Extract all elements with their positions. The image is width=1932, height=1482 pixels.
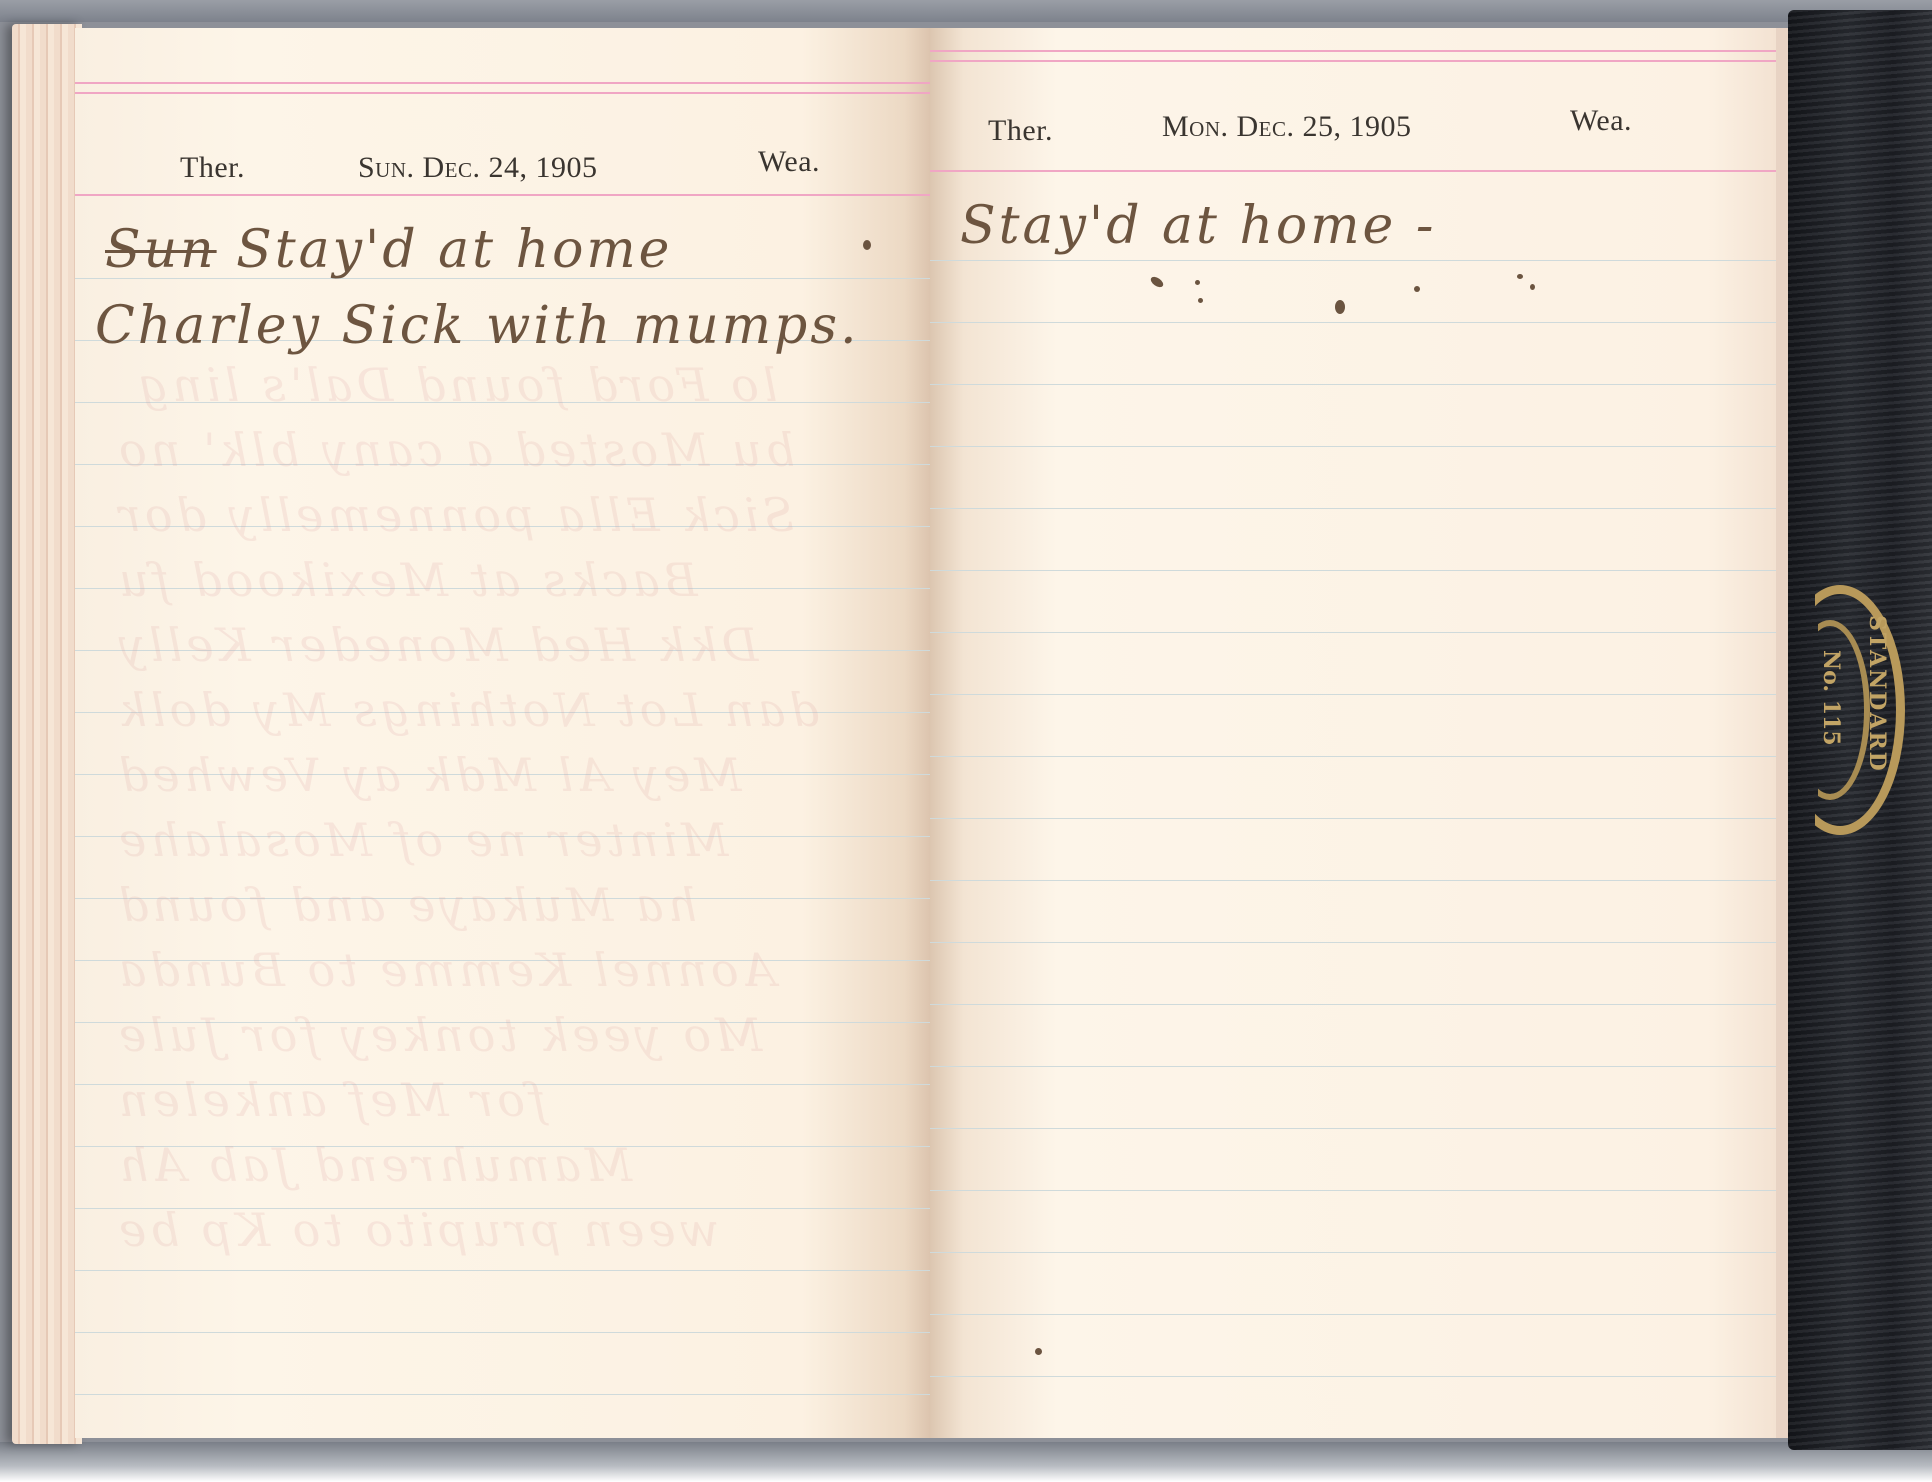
right-page-header: Ther. Mon. Dec. 25, 1905 Wea. [930,98,1776,158]
handwritten-entry-line-1: Stay'd at home - [960,196,1436,256]
header-rule [75,194,930,196]
ink-speck [1035,1348,1042,1355]
page-stack-edge [12,24,82,1444]
handwritten-entry-line-2: Charley Sick with mumps. [95,296,860,356]
page-date: Sun. Dec. 24, 1905 [358,151,598,185]
header-rule [75,82,930,84]
medallion-text: STANDARD [1850,615,1890,815]
background-top [0,0,1932,22]
ther-label: Ther. [180,151,245,185]
medallion-number: No. 115 [1814,650,1844,780]
ink-blot [863,240,871,250]
page-date: Mon. Dec. 25, 1905 [1162,110,1412,144]
background-bottom [0,1442,1932,1482]
header-rule [930,170,1776,172]
ink-speck [1530,284,1535,290]
ther-label: Ther. [988,114,1053,148]
ink-speck [1149,275,1165,290]
struck-word: Sun [105,220,217,280]
left-page: Ther. Sun. Dec. 24, 1905 Wea. lo Ford fo… [75,28,930,1438]
header-rule [930,60,1776,62]
right-page: Ther. Mon. Dec. 25, 1905 Wea. Stay'd at … [930,28,1788,1438]
header-rule [930,50,1776,52]
ink-speck [1335,300,1345,314]
handwritten-entry-line-1: Sun Stay'd at home [105,220,672,280]
ink-speck [1198,298,1203,303]
wea-label: Wea. [1570,104,1632,138]
ink-speck [1414,286,1420,292]
wea-label: Wea. [758,145,820,179]
entry-text: Stay'd at home [236,220,672,280]
left-page-header: Ther. Sun. Dec. 24, 1905 Wea. [75,123,930,183]
header-rule [75,92,930,94]
ink-speck [1517,274,1523,279]
ink-speck [1195,280,1200,285]
